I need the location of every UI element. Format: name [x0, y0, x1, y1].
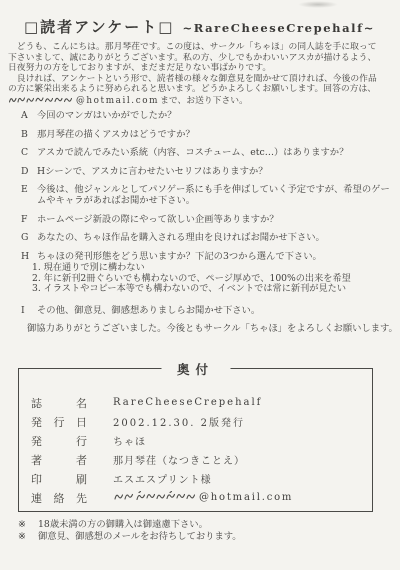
- question-letter: C: [21, 148, 37, 159]
- question-item-g: Gあなたの、ちゃほ作品を購入される理由を良ければお聞かせ下さい。: [21, 233, 393, 244]
- colophon-label: 発行日: [31, 414, 89, 430]
- reply-email-domain: @hotmail.com: [76, 96, 159, 107]
- colophon-label: 著者: [31, 452, 89, 468]
- author-value: 那月琴荏（なつきことえ）: [113, 452, 245, 467]
- footnote-age-restriction: ※ 18歳未満の方の御購入は御遠慮下さい。: [18, 519, 242, 531]
- colophon-title: 奥付: [161, 360, 230, 378]
- publication-date-value: 2002.12.30. 2版発行: [113, 414, 245, 429]
- question-letter: F: [21, 215, 37, 226]
- question-letter: I: [21, 306, 37, 317]
- question-text: あなたの、ちゃほ作品を購入される理由を良ければお聞かせ下さい。: [37, 233, 393, 244]
- question-item-d: DHシーンで、アスカに言わせたいセリフはありますか？: [21, 167, 393, 178]
- intro-line: の方に繁栄出来るように努められると思います。どうかよろしくお願いします。回答の方…: [8, 84, 396, 95]
- question-letter: H: [21, 252, 37, 263]
- question-list: A今回のマンガはいかがでしたか？ B那月琴荏の描くアスカはどうですか？ Cアスカ…: [21, 111, 393, 324]
- question-letter: A: [21, 111, 37, 122]
- question-text: アスカで読んでみたい系統（内容、コスチューム、etc…）はありますか？: [37, 148, 393, 159]
- redacted-email-scribble-icon: [8, 95, 74, 109]
- reference-mark-icon: ※: [18, 519, 38, 531]
- booklet-title: ~RareCheeseCrepehalf~: [182, 21, 374, 35]
- publication-format-options: 1. 現在通りで別に構わない 2. 年に新刊2冊ぐらいでも構わないので、ページ厚…: [32, 263, 393, 294]
- question-text: 那月琴荏の描くアスカはどうですか？: [37, 130, 393, 141]
- intro-line: 下さいまして、誠にありがとうございます。私の方、少しでもかわいいアスカが描けるよ…: [8, 53, 396, 64]
- question-item-b: B那月琴荏の描くアスカはどうですか？: [21, 130, 393, 141]
- colophon-label: 発行: [31, 433, 89, 449]
- question-item-f: Fホームページ新設の際にやって欲しい企画等ありますか？: [21, 215, 393, 226]
- magazine-name-value: RareCheeseCrepehalf: [113, 397, 262, 408]
- colophon-label: 印刷: [31, 471, 89, 487]
- footnote-text: 御意見、御感想のメールをお待ちしております。: [38, 531, 242, 543]
- colophon-row-date: 発行日 2002.12.30. 2版発行: [31, 412, 372, 431]
- question-text: 今後は、他ジャンルとしてパソゲー系にも手を伸ばしていく予定ですが、希望のゲームや…: [37, 185, 393, 206]
- question-text: 今回のマンガはいかがでしたか？: [37, 111, 393, 122]
- scan-smudge: [298, 1, 338, 8]
- question-item-e: E今後は、他ジャンルとしてパソゲー系にも手を伸ばしていく予定ですが、希望のゲーム…: [21, 185, 393, 206]
- question-item-i: Iその他、御意見、御感想ありましらお聞かせ下さい。: [21, 306, 393, 317]
- reference-mark-icon: ※: [18, 531, 38, 543]
- colophon-box: 奥付 誌名 RareCheeseCrepehalf 発行日 2002.12.30…: [18, 368, 373, 512]
- colophon-row-contact: 連絡先 @hotmail.com: [31, 488, 372, 507]
- intro-line: どうも、こんにちは。那月琴荏です。この度は、サークル「ちゃほ」の同人誌を手に取っ…: [8, 42, 396, 53]
- question-text: ちゃほの発刊形態をどう思いますか？下記の3つから選んで下さい。: [37, 252, 393, 263]
- questionnaire-title: □読者アンケート□: [24, 18, 174, 36]
- question-text: Hシーンで、アスカに言わせたいセリフはありますか？: [37, 167, 393, 178]
- contact-email-domain: @hotmail.com: [199, 492, 293, 503]
- intro-paragraph: どうも、こんにちは。那月琴荏です。この度は、サークル「ちゃほ」の同人誌を手に取っ…: [8, 42, 396, 109]
- colophon-rows: 誌名 RareCheeseCrepehalf 発行日 2002.12.30. 2…: [19, 369, 372, 507]
- colophon-row-publisher: 発行 ちゃほ: [31, 431, 372, 450]
- question-text: その他、御意見、御感想ありましらお聞かせ下さい。: [37, 306, 393, 317]
- format-option-3: 3. イラストやコピー本等でも構わないので、イベントでは常に新刊が見たい: [32, 284, 393, 294]
- footnote-text: 18歳未満の方の御購入は御遠慮下さい。: [38, 519, 208, 531]
- colophon-label: 誌名: [31, 395, 89, 411]
- scanned-questionnaire-page: □読者アンケート□~RareCheeseCrepehalf~ どうも、こんにちは…: [0, 0, 400, 570]
- question-text: ホームページ新設の際にやって欲しい企画等ありますか？: [37, 215, 393, 226]
- colophon-label: 連絡先: [31, 490, 89, 506]
- question-letter: E: [21, 185, 37, 206]
- colophon-row-printer: 印刷 エスエスプリント様: [31, 469, 372, 488]
- question-letter: G: [21, 233, 37, 244]
- question-item-a: A今回のマンガはいかがでしたか？: [21, 111, 393, 122]
- question-item-h: Hちゃほの発刊形態をどう思いますか？下記の3つから選んで下さい。 1. 現在通り…: [21, 252, 393, 295]
- redacted-email-scribble-icon: [113, 491, 197, 505]
- intro-email-tail: まで、お送り下さい。: [160, 96, 248, 107]
- footnote-feedback: ※ 御意見、御感想のメールをお待ちしております。: [18, 531, 242, 543]
- intro-email-line: @hotmail.com まで、お送り下さい。: [8, 95, 396, 109]
- colophon-row-title: 誌名 RareCheeseCrepehalf: [31, 393, 372, 412]
- intro-line: 良ければ、アンケートという形で、読者様の様々な御意見を聞かせて頂ければ、今後の作…: [8, 74, 396, 85]
- publisher-value: ちゃほ: [113, 433, 146, 448]
- printer-value: エスエスプリント様: [113, 471, 212, 486]
- question-letter: B: [21, 130, 37, 141]
- colophon-row-author: 著者 那月琴荏（なつきことえ）: [31, 450, 372, 469]
- page-header: □読者アンケート□~RareCheeseCrepehalf~: [24, 16, 375, 37]
- footnotes: ※ 18歳未満の方の御購入は御遠慮下さい。 ※ 御意見、御感想のメールをお待ちし…: [18, 519, 242, 542]
- intro-line: 日夜努力の方をしておりますが、まだまだ足りない事ばかりです。: [8, 63, 396, 74]
- contact-value: @hotmail.com: [113, 491, 293, 505]
- closing-note: 御協力ありがとうございました。今後ともサークル「ちゃほ」をよろしくお願いします。: [27, 320, 398, 334]
- question-item-c: Cアスカで読んでみたい系統（内容、コスチューム、etc…）はありますか？: [21, 148, 393, 159]
- question-letter: D: [21, 167, 37, 178]
